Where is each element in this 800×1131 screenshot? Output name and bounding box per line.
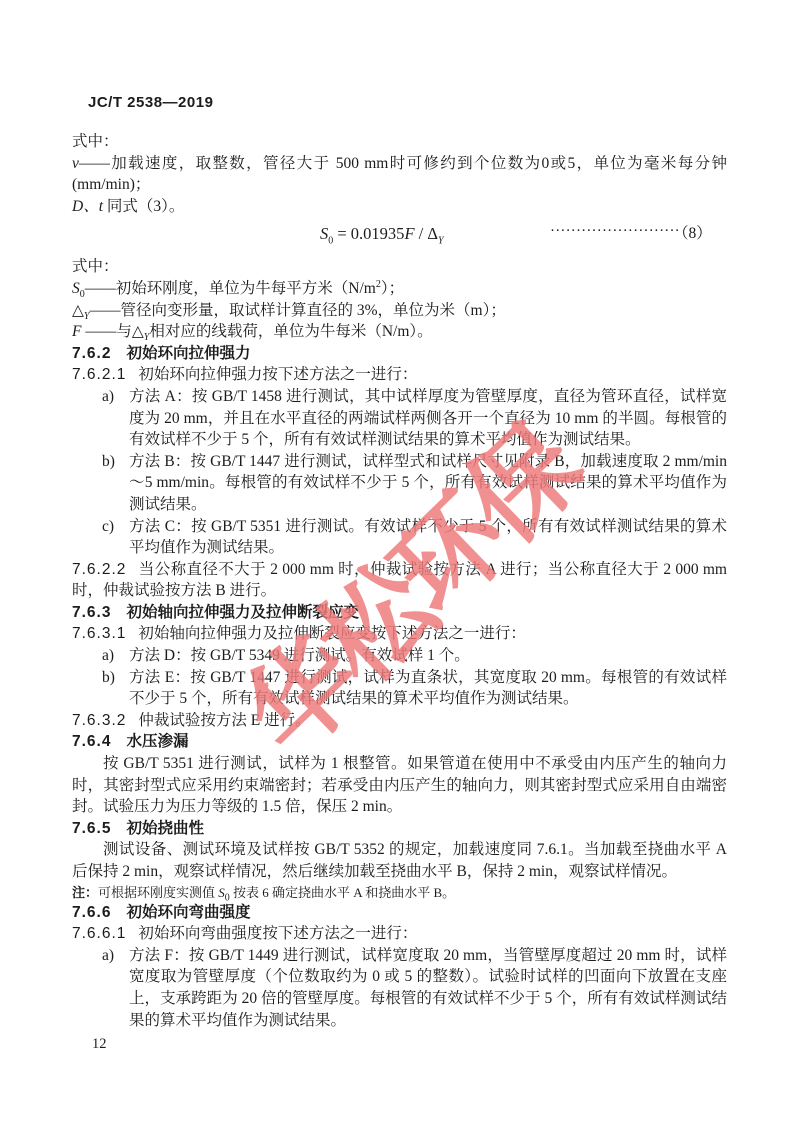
document-content: 式中： v——加载速度，取整数，管径大于 500 mm时可修约到个位数为0或5，… bbox=[72, 131, 727, 1031]
symbol-delta: Δ bbox=[427, 224, 438, 243]
equation-8-row: S0 = 0.01935F / ΔY ·····················… bbox=[72, 223, 727, 249]
var-def-s0: S0——初始环刚度，单位为牛每平方米（N/m2）； bbox=[72, 278, 727, 300]
var-v: v bbox=[72, 155, 79, 172]
division-slash: / bbox=[415, 224, 428, 243]
symbol-S: S bbox=[320, 224, 328, 243]
clause-7-6-2-2-number: 7.6.2.2 bbox=[72, 561, 126, 578]
var-dy-description: ——管径向变形量，取试样计算直径的 3%，单位为米（m）； bbox=[89, 302, 505, 319]
section-7-6-5-paragraph: 测试设备、测试环境及试样按 GB/T 5352 的规定，加载速度同 7.6.1。… bbox=[72, 839, 727, 882]
list-text-method-a: 方法 A：按 GB/T 1458 进行测试，其中试样厚度为管壁厚度，直径为管环直… bbox=[129, 388, 727, 448]
list-text-method-f: 方法 F：按 GB/T 1449 进行测试，试样宽度取 20 mm，当管壁厚度超… bbox=[129, 947, 727, 1029]
list-text-method-d: 方法 D：按 GB/T 5349 进行测试。有效试样 1 个。 bbox=[129, 647, 470, 664]
var-dt: D、t bbox=[72, 198, 103, 215]
list-item-method-f: a)方法 F：按 GB/T 1449 进行测试，试样宽度取 20 mm，当管壁厚… bbox=[72, 945, 727, 1031]
list-item-method-d: a)方法 D：按 GB/T 5349 进行测试。有效试样 1 个。 bbox=[72, 645, 727, 667]
list-label-b: b) bbox=[102, 451, 115, 473]
var-dy: △ bbox=[72, 302, 84, 319]
equation-number: （8） bbox=[673, 223, 712, 245]
section-7-6-2-title: 初始环向拉伸强力 bbox=[126, 345, 250, 362]
clause-7-6-6-1: 7.6.6.1初始环向弯曲强度按下述方法之一进行： bbox=[72, 923, 727, 945]
list-item-method-e: b)方法 E：按 GB/T 1447 进行测试，试样为直条状，其宽度取 20 m… bbox=[72, 667, 727, 710]
var-dt-description: 同式（3）。 bbox=[103, 198, 184, 215]
list-label-c: c) bbox=[102, 516, 114, 538]
clause-7-6-6-1-number: 7.6.6.1 bbox=[72, 925, 126, 942]
formula7-where-label: 式中： bbox=[72, 131, 727, 153]
standard-number-header: JC/T 2538—2019 bbox=[88, 94, 213, 111]
list-item-method-c: c)方法 C：按 GB/T 5351 进行测试。有效试样不少于 5 个，所有有效… bbox=[72, 516, 727, 559]
section-7-6-2-heading: 7.6.2初始环向拉伸强力 bbox=[72, 343, 727, 365]
list-item-method-a: a)方法 A：按 GB/T 1458 进行测试，其中试样厚度为管壁厚度，直径为管… bbox=[72, 386, 727, 451]
list-label-a: a) bbox=[102, 945, 114, 967]
section-7-6-3-title: 初始轴向拉伸强力及拉伸断裂应变 bbox=[126, 604, 359, 621]
var-def-dt: D、t 同式（3）。 bbox=[72, 196, 727, 218]
list-label-a: a) bbox=[102, 386, 114, 408]
note-text-pre: 可根据环刚度实测值 bbox=[98, 885, 218, 900]
var-s0-description: ——初始环刚度，单位为牛每平方米（N/m bbox=[85, 280, 376, 297]
section-7-6-5-note: 注：可根据环刚度实测值 S0 按表 6 确定挠曲水平 A 和挠曲水平 B。 bbox=[72, 883, 727, 902]
list-text-method-b: 方法 B：按 GB/T 1447 进行测试，试样型式和试样尺寸见附录 B，加载速… bbox=[129, 453, 727, 513]
var-def-v: v——加载速度，取整数，管径大于 500 mm时可修约到个位数为0或5，单位为毫… bbox=[72, 153, 727, 196]
section-7-6-4-heading: 7.6.4水压渗漏 bbox=[72, 731, 727, 753]
var-f-tail: 相对应的线载荷，单位为牛每米（N/m）。 bbox=[149, 323, 432, 340]
clause-7-6-2-1-text: 初始环向拉伸强力按下述方法之一进行： bbox=[138, 366, 417, 383]
clause-7-6-2-2: 7.6.2.2当公称直径不大于 2 000 mm 时，仲裁试验按方法 A 进行；… bbox=[72, 559, 727, 602]
clause-7-6-3-1-text: 初始轴向拉伸强力及拉伸断裂应变按下述方法之一进行： bbox=[138, 625, 526, 642]
list-text-method-c: 方法 C：按 GB/T 5351 进行测试。有效试样不少于 5 个，所有有效试样… bbox=[129, 518, 727, 557]
clause-7-6-3-1-number: 7.6.3.1 bbox=[72, 625, 126, 642]
list-label-b: b) bbox=[102, 667, 115, 689]
var-v-description: ——加载速度，取整数，管径大于 500 mm时可修约到个位数为0或5，单位为毫米… bbox=[72, 155, 727, 194]
var-s0-tail: ）； bbox=[381, 280, 404, 297]
section-7-6-2-number: 7.6.2 bbox=[72, 345, 111, 362]
symbol-delta-subscript: Y bbox=[438, 236, 444, 247]
section-7-6-6-number: 7.6.6 bbox=[72, 904, 111, 921]
var-def-f: F ——与△Y相对应的线载荷，单位为牛每米（N/m）。 bbox=[72, 321, 727, 343]
list-label-a: a) bbox=[102, 645, 114, 667]
section-7-6-3-heading: 7.6.3初始轴向拉伸强力及拉伸断裂应变 bbox=[72, 602, 727, 624]
var-s0: S bbox=[72, 280, 80, 297]
list-item-method-b: b)方法 B：按 GB/T 1447 进行测试，试样型式和试样尺寸见附录 B，加… bbox=[72, 451, 727, 516]
section-7-6-4-paragraph: 按 GB/T 5351 进行测试，试样为 1 根整管。如果管道在使用中不承受由内… bbox=[72, 753, 727, 818]
var-f-description: ——与△ bbox=[81, 323, 143, 340]
note-text-post: 按表 6 确定挠曲水平 A 和挠曲水平 B。 bbox=[230, 885, 455, 900]
clause-7-6-3-2-number: 7.6.3.2 bbox=[72, 712, 126, 729]
symbol-F: F bbox=[404, 224, 414, 243]
document-page: JC/T 2538—2019 式中： v——加载速度，取整数，管径大于 500 … bbox=[0, 0, 800, 1131]
section-7-6-4-title: 水压渗漏 bbox=[126, 733, 188, 750]
clause-7-6-2-2-text: 当公称直径不大于 2 000 mm 时，仲裁试验按方法 A 进行；当公称直径大于… bbox=[72, 561, 727, 600]
formula8-where-label: 式中： bbox=[72, 256, 727, 278]
section-7-6-6-heading: 7.6.6初始环向弯曲强度 bbox=[72, 902, 727, 924]
section-7-6-6-title: 初始环向弯曲强度 bbox=[126, 904, 250, 921]
equation-coefficient: = 0.01935 bbox=[333, 224, 404, 243]
page-number: 12 bbox=[92, 1036, 107, 1053]
equation-8: S0 = 0.01935F / ΔY bbox=[320, 223, 444, 245]
section-7-6-3-number: 7.6.3 bbox=[72, 604, 111, 621]
section-7-6-5-title: 初始挠曲性 bbox=[126, 820, 204, 837]
section-7-6-4-number: 7.6.4 bbox=[72, 733, 111, 750]
section-7-6-5-number: 7.6.5 bbox=[72, 820, 111, 837]
note-label: 注： bbox=[72, 885, 98, 900]
clause-7-6-2-1: 7.6.2.1初始环向拉伸强力按下述方法之一进行： bbox=[72, 364, 727, 386]
clause-7-6-2-1-number: 7.6.2.1 bbox=[72, 366, 126, 383]
clause-7-6-3-2-text: 仲裁试验按方法 E 进行。 bbox=[138, 712, 310, 729]
clause-7-6-3-1: 7.6.3.1初始轴向拉伸强力及拉伸断裂应变按下述方法之一进行： bbox=[72, 623, 727, 645]
clause-7-6-6-1-text: 初始环向弯曲强度按下述方法之一进行： bbox=[138, 925, 417, 942]
section-7-6-5-heading: 7.6.5初始挠曲性 bbox=[72, 818, 727, 840]
var-def-dy: △Y——管径向变形量，取试样计算直径的 3%，单位为米（m）； bbox=[72, 300, 727, 322]
clause-7-6-3-2: 7.6.3.2仲裁试验按方法 E 进行。 bbox=[72, 710, 727, 732]
dot-leader: ························· bbox=[550, 221, 680, 243]
list-text-method-e: 方法 E：按 GB/T 1447 进行测试，试样为直条状，其宽度取 20 mm。… bbox=[129, 669, 727, 708]
